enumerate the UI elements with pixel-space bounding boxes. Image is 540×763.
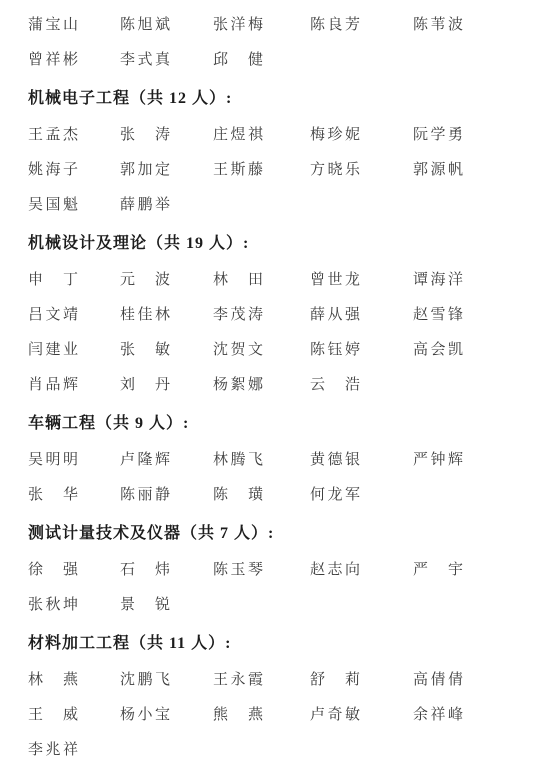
person-name: 沈鹏飞 (120, 661, 213, 696)
section-heading: 机械设计及理论（共 19 人）: (28, 221, 520, 261)
person-name: 阮学勇 (413, 116, 520, 151)
name-row: 吕文靖桂佳林李茂涛薛从强赵雪锋 (28, 296, 520, 331)
name-row: 张秋坤景 锐 (28, 586, 520, 621)
person-name: 陈旭斌 (120, 6, 213, 41)
person-name: 杨小宝 (120, 696, 213, 731)
person-name: 徐 强 (28, 551, 120, 586)
section-heading: 测试计量技术及仪器（共 7 人）: (28, 511, 520, 551)
person-name: 王 威 (28, 696, 120, 731)
person-name: 景 锐 (120, 586, 213, 621)
person-name: 严 宇 (413, 551, 520, 586)
person-name: 张 涛 (120, 116, 213, 151)
section-heading: 材料加工工程（共 11 人）: (28, 621, 520, 661)
person-name: 申 丁 (28, 261, 120, 296)
person-name: 李式真 (120, 41, 213, 76)
person-name: 王孟杰 (28, 116, 120, 151)
name-row: 吴国魁薛鹏举 (28, 186, 520, 221)
person-name: 庄煜祺 (213, 116, 310, 151)
name-row: 吴明明卢隆辉林腾飞黄德银严钟辉 (28, 441, 520, 476)
person-name: 石 炜 (120, 551, 213, 586)
section-heading: 机械电子工程（共 12 人）: (28, 76, 520, 116)
person-name: 陈良芳 (310, 6, 413, 41)
person-name: 卢隆辉 (120, 441, 213, 476)
name-row: 姚海子郭加定王斯藤方晓乐郭源帆 (28, 151, 520, 186)
name-row: 李兆祥 (28, 731, 520, 763)
person-name: 高倩倩 (413, 661, 520, 696)
name-row: 林 燕沈鹏飞王永霞舒 莉高倩倩 (28, 661, 520, 696)
person-name: 张 敏 (120, 331, 213, 366)
person-name: 余祥峰 (413, 696, 520, 731)
person-name: 杨絮娜 (213, 366, 310, 401)
name-row: 王孟杰张 涛庄煜祺梅珍妮阮学勇 (28, 116, 520, 151)
name-row: 肖品辉刘 丹杨絮娜云 浩 (28, 366, 520, 401)
person-name: 陈玉琴 (213, 551, 310, 586)
person-name: 林 燕 (28, 661, 120, 696)
person-name: 吕文靖 (28, 296, 120, 331)
person-name: 李兆祥 (28, 731, 120, 763)
person-name: 吴明明 (28, 441, 120, 476)
person-name: 张洋梅 (213, 6, 310, 41)
person-name: 邱 健 (213, 41, 310, 76)
person-name: 王斯藤 (213, 151, 310, 186)
section-heading: 车辆工程（共 9 人）: (28, 401, 520, 441)
person-name: 李茂涛 (213, 296, 310, 331)
person-name: 陈 璜 (213, 476, 310, 511)
person-name: 沈贺文 (213, 331, 310, 366)
person-name: 张秋坤 (28, 586, 120, 621)
name-row: 曾祥彬李式真邱 健 (28, 41, 520, 76)
person-name: 黄德银 (310, 441, 413, 476)
person-name: 王永霞 (213, 661, 310, 696)
person-name: 桂佳林 (120, 296, 213, 331)
name-row: 王 威杨小宝熊 燕卢奇敏余祥峰 (28, 696, 520, 731)
person-name: 梅珍妮 (310, 116, 413, 151)
person-name: 林 田 (213, 261, 310, 296)
name-list-root: 蒲宝山陈旭斌张洋梅陈良芳陈苇波曾祥彬李式真邱 健机械电子工程（共 12 人）:王… (28, 6, 520, 763)
name-row: 张 华陈丽静陈 璜何龙军 (28, 476, 520, 511)
person-name: 舒 莉 (310, 661, 413, 696)
person-name: 高会凯 (413, 331, 520, 366)
person-name: 谭海洋 (413, 261, 520, 296)
person-name: 林腾飞 (213, 441, 310, 476)
name-row: 蒲宝山陈旭斌张洋梅陈良芳陈苇波 (28, 6, 520, 41)
name-row: 闫建业张 敏沈贺文陈钰婷高会凯 (28, 331, 520, 366)
document-page: 蒲宝山陈旭斌张洋梅陈良芳陈苇波曾祥彬李式真邱 健机械电子工程（共 12 人）:王… (0, 0, 540, 763)
person-name: 熊 燕 (213, 696, 310, 731)
person-name: 云 浩 (310, 366, 413, 401)
person-name: 赵雪锋 (413, 296, 520, 331)
person-name: 蒲宝山 (28, 6, 120, 41)
person-name: 吴国魁 (28, 186, 120, 221)
person-name: 曾祥彬 (28, 41, 120, 76)
person-name: 陈钰婷 (310, 331, 413, 366)
person-name: 方晓乐 (310, 151, 413, 186)
person-name: 元 波 (120, 261, 213, 296)
name-row: 徐 强石 炜陈玉琴赵志向严 宇 (28, 551, 520, 586)
person-name: 薛从强 (310, 296, 413, 331)
name-row: 申 丁元 波林 田曾世龙谭海洋 (28, 261, 520, 296)
person-name: 陈苇波 (413, 6, 520, 41)
person-name: 张 华 (28, 476, 120, 511)
person-name: 赵志向 (310, 551, 413, 586)
person-name: 陈丽静 (120, 476, 213, 511)
person-name: 严钟辉 (413, 441, 520, 476)
person-name: 肖品辉 (28, 366, 120, 401)
person-name: 何龙军 (310, 476, 413, 511)
person-name: 薛鹏举 (120, 186, 213, 221)
person-name: 刘 丹 (120, 366, 213, 401)
person-name: 郭加定 (120, 151, 213, 186)
person-name: 郭源帆 (413, 151, 520, 186)
person-name: 卢奇敏 (310, 696, 413, 731)
person-name: 闫建业 (28, 331, 120, 366)
person-name: 姚海子 (28, 151, 120, 186)
person-name: 曾世龙 (310, 261, 413, 296)
